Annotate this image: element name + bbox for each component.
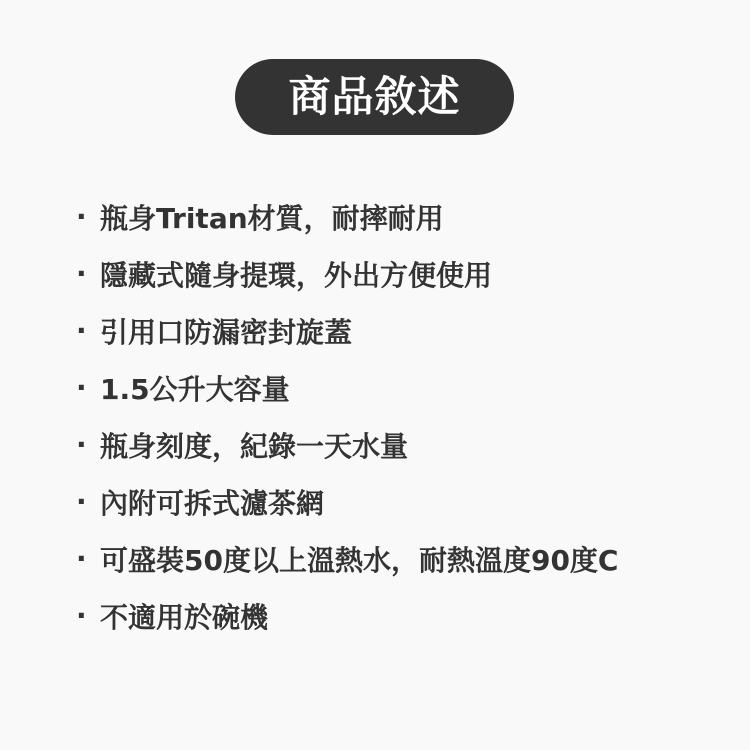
feature-item: · 可盛裝50度以上溫熱水，耐熱溫度90度C [76,530,618,587]
feature-text: 瓶身Tritan材質，耐摔耐用 [100,197,444,237]
bullet-dot-icon: · [76,485,96,518]
feature-text: 瓶身刻度，紀錄一天水量 [100,425,408,465]
feature-text: 不適用於碗機 [100,596,268,636]
bullet-dot-icon: · [76,599,96,632]
feature-text: 內附可拆式濾茶網 [100,482,324,522]
feature-item: · 引用口防漏密封旋蓋 [76,302,618,359]
bullet-dot-icon: · [76,371,96,404]
feature-item: · 不適用於碗機 [76,587,618,644]
bullet-dot-icon: · [76,257,96,290]
feature-item: · 瓶身刻度，紀錄一天水量 [76,416,618,473]
feature-item: · 1.5公升大容量 [76,359,618,416]
feature-item: · 內附可拆式濾茶網 [76,473,618,530]
feature-item: · 瓶身Tritan材質，耐摔耐用 [76,188,618,245]
section-title-badge: 商品敘述 [235,59,514,135]
feature-item: · 隱藏式隨身提環，外出方便使用 [76,245,618,302]
bullet-dot-icon: · [76,542,96,575]
bullet-dot-icon: · [76,428,96,461]
bullet-dot-icon: · [76,200,96,233]
section-title: 商品敘述 [288,76,460,118]
feature-text: 可盛裝50度以上溫熱水，耐熱溫度90度C [100,539,618,579]
feature-text: 隱藏式隨身提環，外出方便使用 [100,254,492,294]
feature-text: 1.5公升大容量 [100,368,290,408]
bullet-dot-icon: · [76,314,96,347]
feature-text: 引用口防漏密封旋蓋 [100,311,352,351]
feature-list: · 瓶身Tritan材質，耐摔耐用 · 隱藏式隨身提環，外出方便使用 · 引用口… [76,188,618,644]
